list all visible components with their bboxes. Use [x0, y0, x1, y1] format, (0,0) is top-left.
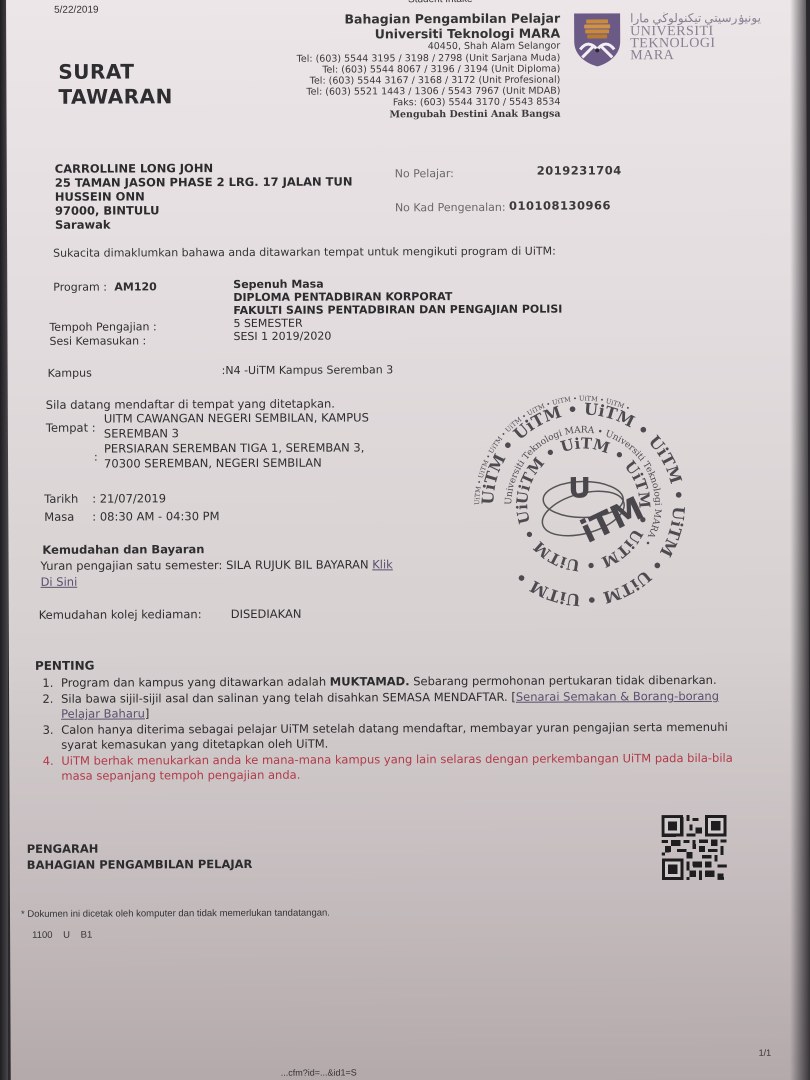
important-item-warning: UiTM berhak menukarkan anda ke mana-mana…: [57, 751, 735, 784]
program-details: Sepenuh Masa DIPLOMA PENTADBIRAN KORPORA…: [233, 277, 562, 343]
item-text: Sila bawa sijil-sijil asal dan salinan y…: [61, 690, 516, 706]
date-value: : 21/07/2019: [92, 491, 166, 505]
background-edge-right: [790, 0, 810, 1080]
letter-title-line1: SURAT: [58, 59, 173, 84]
offer-letter-page: 5/22/2019 Student Intake SURAT TAWARAN B…: [6, 0, 810, 1080]
organization-block: Bahagian Pengambilan Pelajar Universiti …: [296, 11, 560, 123]
print-url-fragment: ...cfm?id=...&id1=S: [281, 1067, 357, 1077]
logo-name-line: MARA: [630, 50, 761, 63]
program-code: AM120: [114, 280, 156, 293]
time-value: : 08:30 AM - 04:30 PM: [92, 509, 219, 524]
venue-line: UITM CAWANGAN NEGERI SEMBILAN, KAMPUS: [104, 410, 369, 426]
signatory-title: PENGARAH: [27, 840, 253, 857]
uitm-crest-icon: [572, 11, 622, 67]
address-line: 25 TAMAN JASON PHASE 2 LRG. 17 JALAN TUN: [55, 174, 353, 189]
faculty-name: FAKULTI SAINS PENTADBIRAN DAN PENGAJIAN …: [233, 303, 562, 317]
letter-title-line2: TAWARAN: [58, 84, 173, 109]
residence-label: Kemudahan kolej kediaman:: [39, 607, 202, 622]
student-no-value: 2019231704: [537, 163, 622, 177]
fee-description: Yuran pengajian satu semester: SILA RUJU…: [40, 557, 372, 572]
uitm-round-stamp-icon: UiTM • UiTM • UiTM • UiTM • UiTM • UiTM …: [470, 391, 697, 618]
time-label: Masa: [44, 510, 74, 524]
signatory: PENGARAH BAHAGIAN PENGAMBILAN PELAJAR: [27, 840, 253, 873]
postcode-city: 40450, Shah Alam Selangor: [297, 41, 561, 54]
duration-label: Tempoh Pengajian :: [49, 320, 156, 333]
important-item: Calon hanya diterima sebagai pelajar UiT…: [57, 720, 735, 753]
item-text: ]: [145, 706, 150, 720]
venue-address-line: 70300 SEREMBAN, NEGERI SEMBILAN: [104, 455, 364, 471]
program-row: Program : AM120: [53, 280, 157, 293]
item-text: Calon hanya diterima sebagai pelajar UiT…: [61, 720, 728, 752]
fee-bill-link[interactable]: Klik: [372, 557, 393, 571]
university-logo-text: يونيۏرسيتي تيكنولوڬي مارا UNIVERSITI TEK…: [630, 11, 761, 63]
important-list: Program dan kampus yang ditawarkan adala…: [35, 673, 735, 784]
registration-instruction: Sila datang mendaftar di tempat yang dit…: [46, 397, 335, 412]
important-notes: PENTING Program dan kampus yang ditawark…: [35, 656, 736, 785]
print-date: 5/22/2019: [54, 5, 99, 16]
recipient-address: CARROLLINE LONG JOHN 25 TAMAN JASON PHAS…: [55, 160, 353, 231]
address-line: Sarawak: [55, 216, 353, 231]
item-text: Program dan kampus yang ditawarkan adala…: [61, 675, 330, 690]
session-label: Sesi Kemasukan :: [49, 334, 146, 347]
venue-address-line: PERSIARAN SEREMBAN TIGA 1, SEREMBAN 3,: [104, 440, 364, 456]
fees-heading: Kemudahan dan Bayaran: [42, 542, 204, 557]
svg-text:U: U: [568, 471, 591, 504]
venue-label: Tempat :: [46, 421, 96, 435]
program-label: Program :: [53, 281, 107, 294]
campus-value: :N4 -UiTM Kampus Seremban 3: [222, 363, 394, 377]
important-heading: PENTING: [35, 656, 735, 674]
intake-session: SESI 1 2019/2020: [233, 329, 562, 343]
item-text: Sebarang permohonan pertukaran tidak dib…: [410, 673, 717, 688]
fee-bill-link-continued[interactable]: Di Sini: [41, 575, 78, 589]
computer-generated-note: * Dokumen ini dicetak oleh komputer dan …: [21, 908, 330, 920]
recipient-name: CARROLLINE LONG JOHN: [55, 160, 353, 175]
important-item: Sila bawa sijil-sijil asal dan salinan y…: [57, 689, 735, 722]
ic-no-value: 010108130966: [509, 198, 611, 212]
important-item: Program dan kampus yang ditawarkan adala…: [57, 673, 735, 691]
fees-text: Yuran pengajian satu semester: SILA RUJU…: [40, 556, 430, 590]
venue-address: PERSIARAN SEREMBAN TIGA 1, SEREMBAN 3, 7…: [104, 440, 365, 471]
venue-name: UITM CAWANGAN NEGERI SEMBILAN, KAMPUS SE…: [104, 410, 369, 441]
venue-line: SEREMBAN 3: [104, 425, 369, 441]
item-text: UiTM berhak menukarkan anda ke mana-mana…: [61, 751, 733, 783]
intro-text: Sukacita dimaklumkan bahawa anda ditawar…: [53, 245, 556, 260]
university-name: Universiti Teknologi MARA: [297, 26, 561, 42]
page-number: 1/1: [759, 1048, 772, 1058]
student-no-label: No Pelajar:: [395, 167, 454, 180]
qr-code-icon: [662, 815, 727, 880]
campus-label: Kampus: [48, 367, 92, 380]
date-label: Tarikh: [44, 492, 78, 506]
signatory-division: BAHAGIAN PENGAMBILAN PELAJAR: [27, 856, 253, 873]
document-code: 1100 U B1: [32, 930, 92, 941]
address-line: 97000, BINTULU: [55, 202, 353, 217]
letter-title: SURAT TAWARAN: [58, 59, 173, 109]
ic-no-label: No Kad Pengenalan:: [395, 201, 506, 214]
division-name: Bahagian Pengambilan Pelajar: [296, 11, 560, 27]
page-header-title: Student Intake: [408, 0, 473, 5]
address-line: HUSSEIN ONN: [55, 188, 353, 203]
item-emphasis: MUKTAMAD.: [330, 674, 410, 688]
residence-value: DISEDIAKAN: [231, 607, 302, 621]
motto: Mengubah Destini Anak Bangsa: [297, 108, 561, 123]
venue-address-colon: :: [94, 451, 98, 464]
